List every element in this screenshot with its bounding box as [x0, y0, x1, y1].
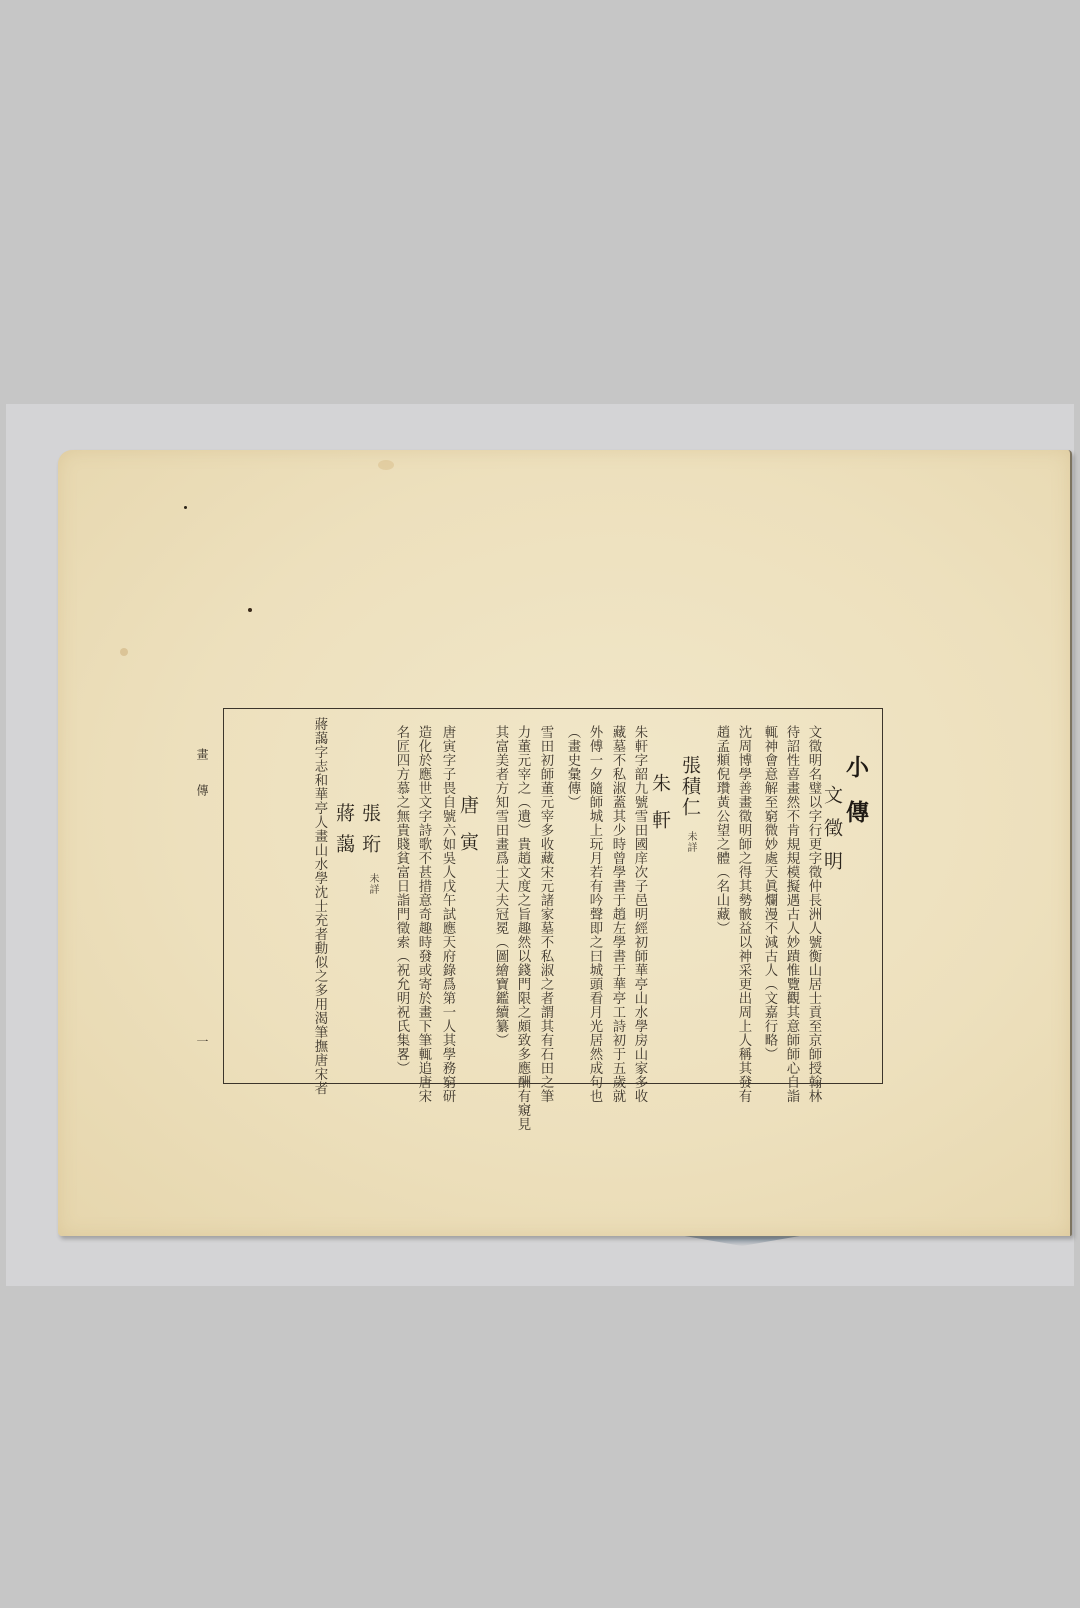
entry-name: 蔣藹	[331, 803, 358, 865]
entry-name: 張積仁	[677, 755, 704, 818]
entry-note: 未詳	[365, 873, 380, 895]
foxing-spot	[248, 608, 252, 612]
entry-text-line: 輒神會意解至窮微妙處天眞爛漫不減古人（文嘉行略）	[763, 725, 776, 1061]
entry-text-line: 沈周博學善畫徵明師之得其勢骳益以神采更出周上人稱其發有	[737, 725, 750, 1103]
foxing-spot	[120, 648, 128, 656]
entry-text-line: 名匠四方慕之無貴賤貧富日詣門徵索（祝允明祝氏集畧）	[395, 725, 408, 1075]
page-number: 一	[194, 1035, 211, 1071]
entry-name: 朱軒	[647, 773, 674, 847]
entry-note: 未詳	[683, 831, 698, 853]
entry-text-line: 藏墓不私淑蓋其少時曾學書于趙左學書于華亭工詩初于五歲就	[611, 725, 624, 1103]
entry-text-line: （畫史彙傳）	[566, 725, 579, 809]
entry-text-line: 造化於應世文字詩歌不甚措意奇趣時發或寄於畫下筆輒追唐宋	[417, 725, 430, 1103]
entry-text-line: 朱軒字韶九號雪田國庠次子邑明經初師華亭山水學房山家多收	[633, 725, 646, 1103]
entry-text-line: 唐寅字子畏自號六如吳人戊午試應天府錄爲第一人其學務窮研	[441, 725, 454, 1103]
entry-text-line: 其富美者方知雪田畫爲士大夫冠冕（圖繪寶鑑續纂）	[494, 725, 507, 1047]
entry-name: 唐寅	[455, 795, 482, 869]
entry-text-line: 趙孟頫倪瓚黃公望之體（名山藏）	[715, 725, 728, 935]
entry-text-line: 待詔性喜畫然不肯規規模擬遇古人妙蹟惟覽觀其意師師心自詣	[785, 725, 798, 1103]
entry-name: 張珩	[357, 803, 384, 865]
entry-text-line: 雪田初師董元宰多收藏宋元諸家墓不私淑之者謂其有石田之筆	[539, 725, 552, 1103]
entry-text-line: 外傅一夕隨師城上玩月若有吟聲即之曰城頭看月光居然成句也	[588, 725, 601, 1103]
entry-text-line: 力董元宰之（遺）貴趙文度之旨趣然以錢門限之頗致多應酬有窺見	[516, 725, 529, 1131]
text-frame: 小傳 文徵明 文徵明名璧以字行更字徵仲長洲人號衡山居士貢至京師授翰林 待詔性喜畫…	[223, 708, 883, 1084]
foxing-spot	[184, 506, 187, 509]
entry-text-line: 文徵明名璧以字行更字徵仲長洲人號衡山居士貢至京師授翰林	[807, 725, 820, 1103]
book-page: 畫傳 一 小傳 文徵明 文徵明名璧以字行更字徵仲長洲人號衡山居士貢至京師授翰林 …	[58, 450, 1072, 1236]
entry-text-line: 蔣藹字志和華亭人畫山水學沈士充者動似之多用渴筆撫唐宋者	[313, 717, 326, 1095]
entry-name: 文徵明	[819, 785, 846, 884]
margin-label: 畫傳	[194, 748, 211, 820]
foxing-spot	[378, 460, 394, 470]
